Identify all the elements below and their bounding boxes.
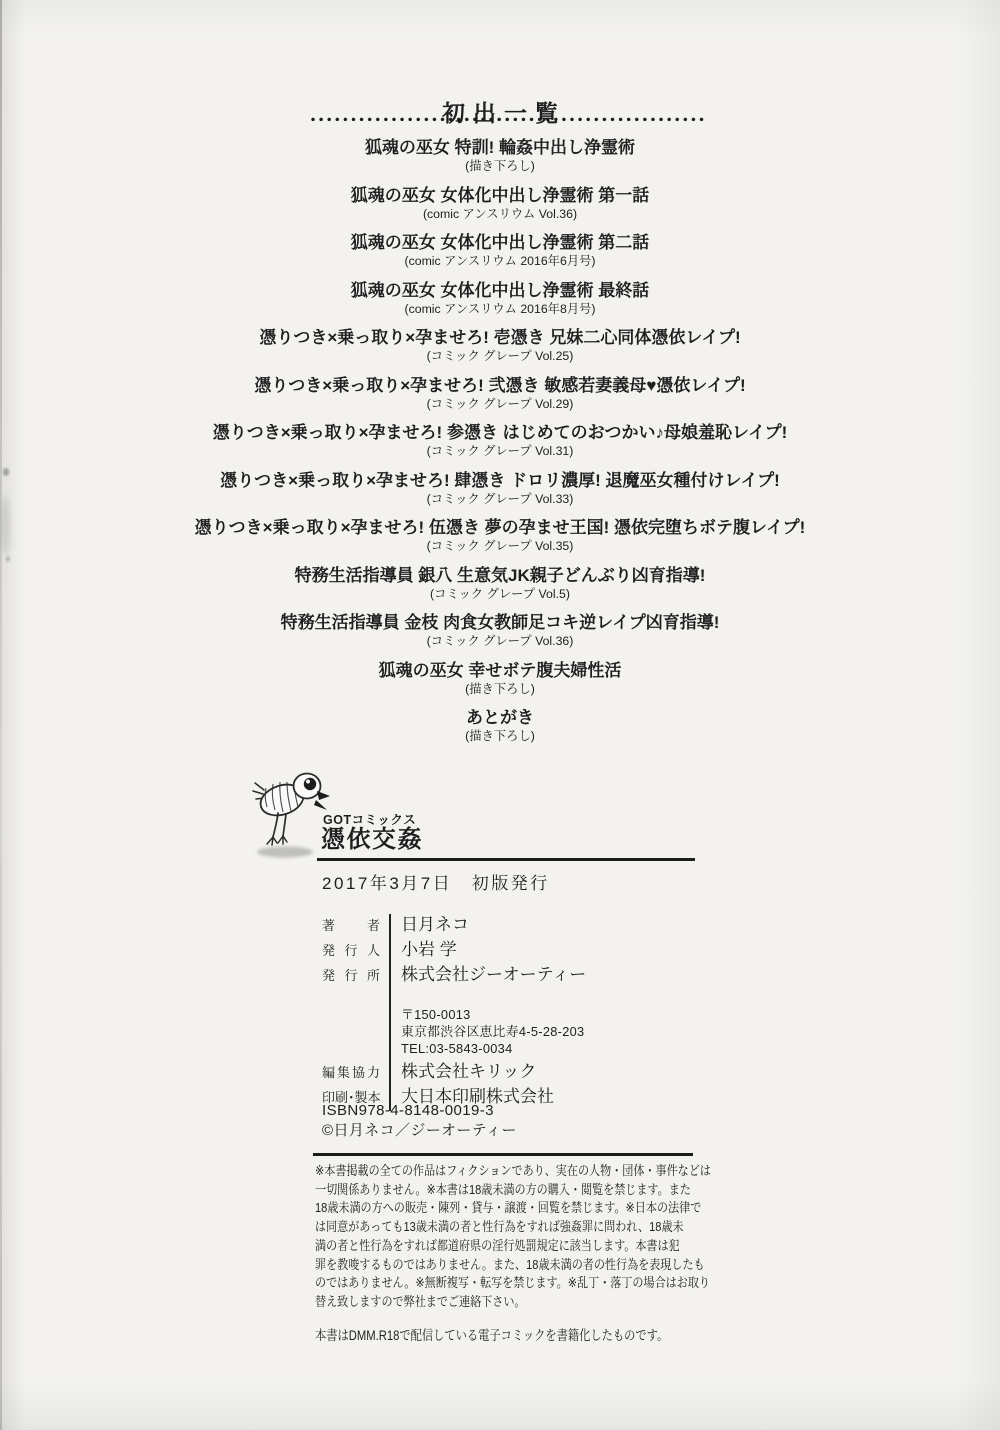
address-line: TEL:03-5843-0034 <box>401 1040 586 1057</box>
entry-source: (コミック グレープ Vol.31) <box>0 444 1000 459</box>
list-item: 憑りつき×乗っ取り×孕ませろ! 壱憑き 兄妹二心同体憑依レイプ! (コミック グ… <box>0 327 1000 364</box>
legal-divider <box>313 1153 693 1156</box>
entry-source: (コミック グレープ Vol.29) <box>0 397 1000 412</box>
copyright-line: ©日月ネコ／ジーオーティー <box>322 1121 517 1141</box>
entry-source: (コミック グレープ Vol.25) <box>0 349 1000 364</box>
disclaimer-line: 一切関係ありません。※本書は18歳未満の方の購入・閲覧を禁じます。また <box>315 1181 711 1200</box>
entry-title: 憑りつき×乗っ取り×孕ませろ! 肆憑き ドロリ濃厚! 退魔巫女種付けレイプ! <box>0 470 1000 491</box>
entry-title: 狐魂の巫女 女体化中出し浄霊術 第一話 <box>0 185 1000 206</box>
list-item: 特務生活指導員 銀八 生意気JK親子どんぶり凶育指導! (コミック グレープ V… <box>0 565 1000 602</box>
list-item: 狐魂の巫女 特訓! 輪姦中出し浄霊術 (描き下ろし) <box>0 137 1000 174</box>
list-item: 憑りつき×乗っ取り×孕ませろ! 伍憑き 夢の孕ませ王国! 憑依完堕ちボテ腹レイプ… <box>0 517 1000 554</box>
disclaimer-line: 18歳未満の方への販売・陳列・貸与・譲渡・回覧を禁じます。※日本の法律で <box>315 1199 711 1218</box>
entry-source: (コミック グレープ Vol.35) <box>0 539 1000 554</box>
entry-source: (comic アンスリウム 2016年8月号) <box>0 302 1000 317</box>
list-item: 狐魂の巫女 女体化中出し浄霊術 第一話 (comic アンスリウム Vol.36… <box>0 185 1000 222</box>
entry-title: 特務生活指導員 銀八 生意気JK親子どんぶり凶育指導! <box>0 565 1000 586</box>
entry-source: (描き下ろし) <box>0 682 1000 697</box>
entry-title: 憑りつき×乗っ取り×孕ませろ! 壱憑き 兄妹二心同体憑依レイプ! <box>0 327 1000 348</box>
disclaimer-line: 罪を教唆するものではありません。また、18歳未満の者の性行為を表現したも <box>315 1256 711 1275</box>
credits-table: 著者 日月ネコ 発行人 小岩 学 発行所 株式会社ジーオーティー 〒150-00… <box>322 914 742 1111</box>
list-item: 憑りつき×乗っ取り×孕ませろ! 肆憑き ドロリ濃厚! 退魔巫女種付けレイプ! (… <box>0 470 1000 507</box>
entry-title: 狐魂の巫女 幸せボテ腹夫婦性活 <box>0 660 1000 681</box>
disclaimer-line: ※本書掲載の全ての作品はフィクションであり、実在の人物・団体・事件などは <box>315 1162 711 1181</box>
credit-label: 編集協力 <box>322 1061 380 1081</box>
publisher-bird-logo-icon <box>251 769 331 861</box>
credit-label: 著者 <box>322 914 380 934</box>
address-line: 東京都渋谷区恵比寿4-5-28-203 <box>401 1023 586 1040</box>
disclaimer-line: 満の者と性行為をすれば都道府県の淫行処罰規定に該当します。本書は犯 <box>315 1237 711 1256</box>
list-item: 狐魂の巫女 女体化中出し浄霊術 第二話 (comic アンスリウム 2016年6… <box>0 232 1000 269</box>
credit-value-text: 株式会社ジーオーティー <box>401 964 586 985</box>
entry-title: 特務生活指導員 金枝 肉食女教師足コキ逆レイプ凶育指導! <box>0 612 1000 633</box>
legal-section: ※本書掲載の全ての作品はフィクションであり、実在の人物・団体・事件などは 一切関… <box>315 1162 711 1345</box>
entry-source: (コミック グレープ Vol.5) <box>0 587 1000 602</box>
credit-value: 株式会社ジーオーティー 〒150-0013東京都渋谷区恵比寿4-5-28-203… <box>389 964 586 1061</box>
distribution-note: 本書はDMM.R18で配信している電子コミックを書籍化したものです。 <box>315 1327 711 1345</box>
credit-row: 発行所 株式会社ジーオーティー 〒150-0013東京都渋谷区恵比寿4-5-28… <box>322 964 742 1061</box>
publisher-address: 〒150-0013東京都渋谷区恵比寿4-5-28-203TEL:03-5843-… <box>401 1006 586 1057</box>
list-item: 特務生活指導員 金枝 肉食女教師足コキ逆レイプ凶育指導! (コミック グレープ … <box>0 612 1000 649</box>
entry-title: 憑りつき×乗っ取り×孕ませろ! 参憑き はじめてのおつかい♪母娘羞恥レイプ! <box>0 422 1000 443</box>
list-item: 狐魂の巫女 女体化中出し浄霊術 最終話 (comic アンスリウム 2016年8… <box>0 280 1000 317</box>
credit-row: 編集協力 株式会社キリック <box>322 1061 742 1086</box>
credit-value-text: 日月ネコ <box>401 914 469 935</box>
entry-title: 憑りつき×乗っ取り×孕ませろ! 弐憑き 敏感若妻義母♥憑依レイプ! <box>0 375 1000 396</box>
credit-value-text: 株式会社キリック <box>401 1061 536 1082</box>
entry-title: 狐魂の巫女 特訓! 輪姦中出し浄霊術 <box>0 137 1000 158</box>
credit-value: 株式会社キリック <box>389 1061 536 1086</box>
entry-source: (コミック グレープ Vol.36) <box>0 634 1000 649</box>
book-title: 憑依交姦 <box>321 826 423 854</box>
isbn-number: ISBN978-4-8148-0019-3 <box>322 1101 517 1121</box>
isbn-block: ISBN978-4-8148-0019-3 ©日月ネコ／ジーオーティー <box>322 1101 517 1141</box>
entry-source: (comic アンスリウム 2016年6月号) <box>0 254 1000 269</box>
dotted-divider <box>311 117 705 122</box>
page-title: 初出一覧 <box>0 95 1000 128</box>
entry-source: (コミック グレープ Vol.33) <box>0 492 1000 507</box>
entry-title: 狐魂の巫女 女体化中出し浄霊術 第二話 <box>0 232 1000 253</box>
list-item: あとがき (描き下ろし) <box>0 707 1000 744</box>
credit-value-text: 小岩 学 <box>401 939 457 960</box>
list-item: 狐魂の巫女 幸せボテ腹夫婦性活 (描き下ろし) <box>0 660 1000 697</box>
disclaimer-line: のではありません。※無断複写・転写を禁じます。※乱丁・落丁の場合はお取り <box>315 1274 711 1293</box>
credit-value: 小岩 学 <box>389 939 457 964</box>
credit-label: 発行所 <box>322 964 380 984</box>
publication-list: 狐魂の巫女 特訓! 輪姦中出し浄霊術 (描き下ろし) 狐魂の巫女 女体化中出し浄… <box>0 137 1000 755</box>
list-item: 憑りつき×乗っ取り×孕ませろ! 参憑き はじめてのおつかい♪母娘羞恥レイプ! (… <box>0 422 1000 459</box>
entry-source: (comic アンスリウム Vol.36) <box>0 207 1000 222</box>
credit-row: 著者 日月ネコ <box>322 914 742 939</box>
credit-label: 発行人 <box>322 939 380 959</box>
credit-row: 発行人 小岩 学 <box>322 939 742 964</box>
address-line: 〒150-0013 <box>401 1006 586 1023</box>
title-rule <box>317 858 695 861</box>
entry-title: 狐魂の巫女 女体化中出し浄霊術 最終話 <box>0 280 1000 301</box>
entry-title: 憑りつき×乗っ取り×孕ませろ! 伍憑き 夢の孕ませ王国! 憑依完堕ちボテ腹レイプ… <box>0 517 1000 538</box>
disclaimer-block: ※本書掲載の全ての作品はフィクションであり、実在の人物・団体・事件などは 一切関… <box>315 1162 711 1312</box>
disclaimer-line: 替え致しますので弊社までご連絡下さい。 <box>315 1293 711 1312</box>
credit-value: 日月ネコ <box>389 914 469 939</box>
edition-date: 2017年3月7日 初版発行 <box>322 869 550 894</box>
entry-title: あとがき <box>0 707 1000 728</box>
entry-source: (描き下ろし) <box>0 729 1000 744</box>
disclaimer-line: は同意があっても13歳未満の者と性行為をすれば強姦罪に問われ、18歳未 <box>315 1218 711 1237</box>
list-item: 憑りつき×乗っ取り×孕ませろ! 弐憑き 敏感若妻義母♥憑依レイプ! (コミック … <box>0 375 1000 412</box>
entry-source: (描き下ろし) <box>0 159 1000 174</box>
